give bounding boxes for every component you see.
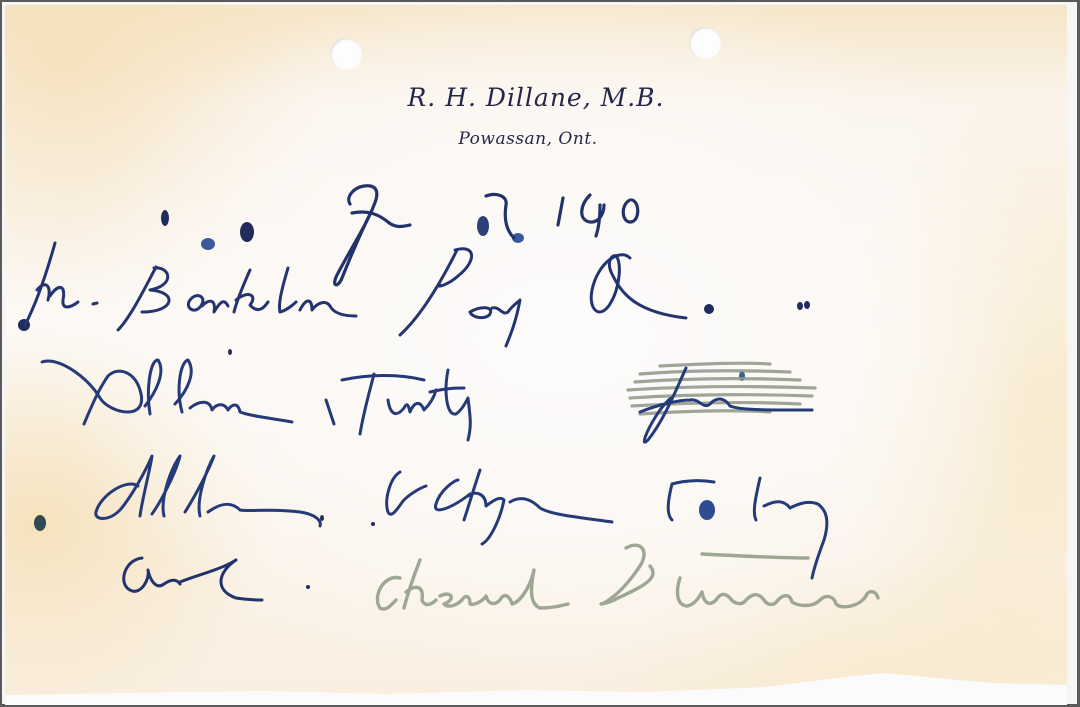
line-dollars-charge-to-my [96, 456, 827, 578]
line-acct [124, 558, 262, 600]
line-dillane-twenty [42, 360, 470, 440]
date-handwriting [335, 186, 638, 285]
line-mr-boulter-pay-dr [25, 243, 686, 346]
pencil-signature [377, 545, 878, 609]
handwriting-ink [0, 0, 1080, 707]
